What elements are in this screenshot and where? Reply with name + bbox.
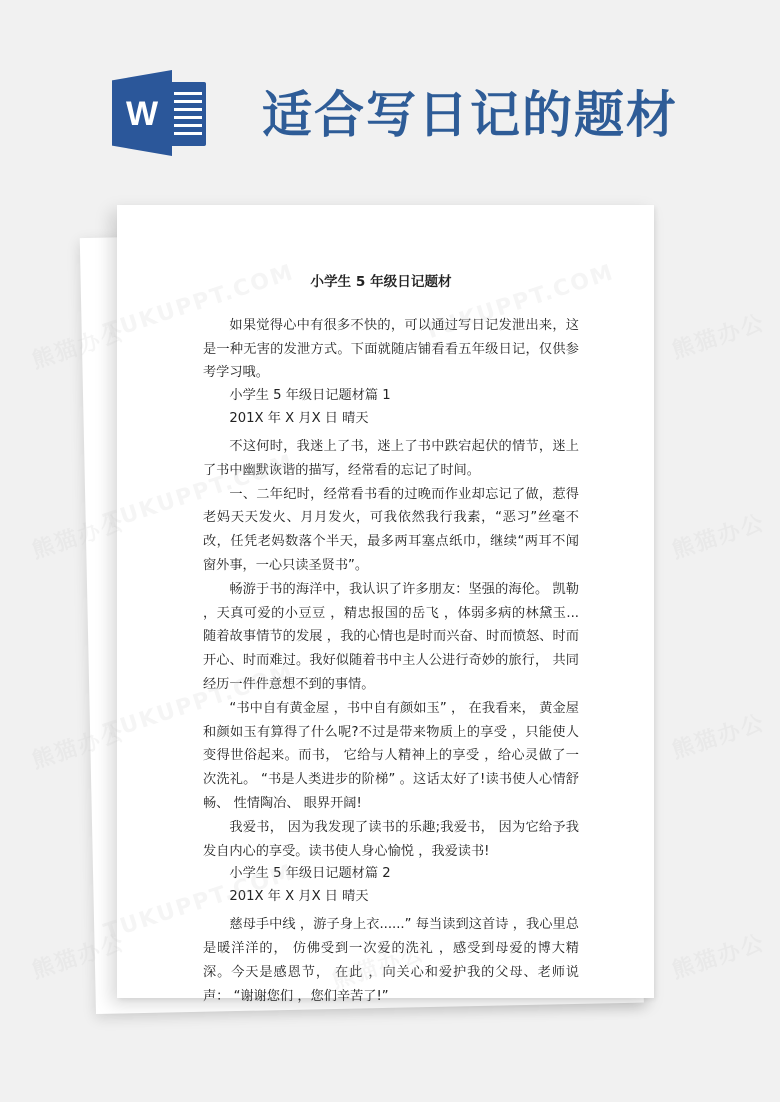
paragraph: “书中自有黄金屋 ，书中自有颜如玉” ， 在我看来， 黄金屋和颜如玉有算得了什么… (203, 697, 579, 816)
diary-date-2: 201X 年 X 月X 日 晴天 (203, 885, 579, 909)
paragraph: 畅游于书的海洋中，我认识了许多朋友：坚强的海伦。 凯勒 ，天真可爱的小豆豆 ，精… (203, 578, 579, 697)
watermark: 熊猫办公 (668, 306, 769, 365)
document-title: 小学生 5 年级日记题材 (183, 271, 579, 295)
document-body: 小学生 5 年级日记题材 如果觉得心中有很多不快的，可以通过写日记发泄出来，这是… (203, 271, 579, 1008)
word-icon-front: W (112, 70, 172, 156)
page-title: 适合写日记的题材 (262, 75, 678, 147)
section-heading-2: 小学生 5 年级日记题材篇 2 (203, 863, 579, 885)
paragraph: 不这何时，我迷上了书，迷上了书中跌宕起伏的情节，迷上了书中幽默诙谐的描写，经常看… (203, 435, 579, 483)
intro-paragraph: 如果觉得心中有很多不快的，可以通过写日记发泄出来，这是一种无害的发泄方式。下面就… (203, 314, 579, 385)
paragraph: 慈母手中线 ，游子身上衣......” 每当读到这首诗 ，我心里总是暖洋洋的， … (203, 913, 579, 1008)
diary-date-1: 201X 年 X 月X 日 晴天 (203, 407, 579, 431)
word-icon-letter: W (126, 95, 158, 134)
watermark: 熊猫办公 (668, 926, 769, 985)
watermark: 熊猫办公 (668, 506, 769, 565)
paragraph: 一、二年纪时，经常看书看的过晚而作业却忘记了做，惹得老妈天天发火、月月发火，可我… (203, 483, 579, 578)
header: W 适合写日记的题材 (108, 66, 678, 156)
paragraph: 我爱书， 因为我发现了读书的乐趣;我爱书， 因为它给予我发自内心的享受。读书使人… (203, 816, 579, 864)
section-heading-1: 小学生 5 年级日记题材篇 1 (203, 385, 579, 407)
document-page: 小学生 5 年级日记题材 如果觉得心中有很多不快的，可以通过写日记发泄出来，这是… (117, 205, 654, 998)
watermark: 熊猫办公 (668, 706, 769, 765)
word-icon: W (108, 66, 208, 156)
